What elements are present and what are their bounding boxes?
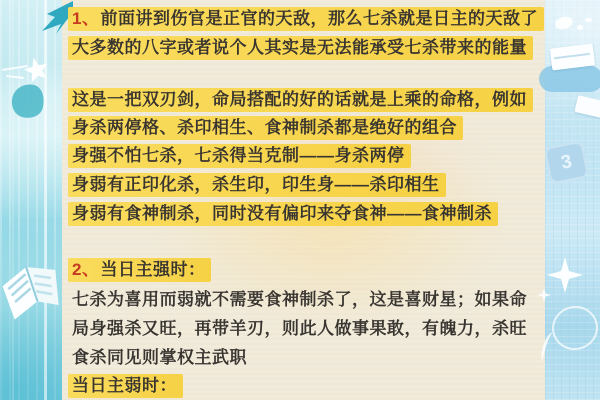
line-text: 局身强杀又旺，再带羊刃，则此人做事果敢，有魄力，杀旺 <box>72 319 527 338</box>
tape-band <box>539 66 600 92</box>
text-line: 身弱有食神制杀，同时没有偏印来夺食神——食神制杀 <box>68 202 498 225</box>
left-tape-border <box>0 0 62 400</box>
circle-doodle <box>548 302 600 355</box>
line-text: 前面讲到伤官是正官的天敌，那么七杀就是日主的天敌了 <box>100 9 538 28</box>
text-line: 食杀同见则掌权主武职 <box>68 346 253 369</box>
text-line: 身杀两停格、杀印相生、食神制杀都是绝好的组合 <box>68 116 463 139</box>
line-text: 七杀为喜用而弱就不需要食神制杀了，这是喜财星；如果命 <box>72 290 527 309</box>
text-line: 当日主弱时： <box>68 374 183 397</box>
star-ray <box>6 75 24 78</box>
paper-scrap <box>577 25 583 30</box>
line-text: 身弱有正印化杀，杀生印，印生身——杀印相生 <box>72 175 440 194</box>
line-text: 大多数的八字或者说个人其实是无法能承受七杀带来的能量 <box>72 38 527 57</box>
dice-number: 3 <box>559 151 574 175</box>
line-text: 这是一把双刃剑，命局搭配的好的话就是上乘的命格，例如 <box>72 90 527 109</box>
text-line: 七杀为喜用而弱就不需要食神制杀了，这是喜财星；如果命 <box>68 288 533 311</box>
paint-blob <box>8 81 47 122</box>
sparkle-star-icon <box>537 288 551 302</box>
text-line: 1、前面讲到伤官是正官的天敌，那么七杀就是日主的天敌了 <box>68 7 544 30</box>
line-text: 身弱有食神制杀，同时没有偏印来夺食神——食神制杀 <box>72 204 492 223</box>
text-line: 2、当日主强时： <box>68 258 211 281</box>
text-line: 大多数的八字或者说个人其实是无法能承受七杀带来的能量 <box>68 36 533 59</box>
text-line: 局身强杀又旺，再带羊刃，则此人做事果敢，有魄力，杀旺 <box>68 317 533 340</box>
line-text: 当日主弱时： <box>72 376 177 395</box>
line-text: 食杀同见则掌权主武职 <box>72 348 247 367</box>
list-number: 2、 <box>72 260 99 279</box>
line-text: 当日主强时： <box>100 260 205 279</box>
paper-scrap <box>554 15 575 31</box>
text-line: 这是一把双刃剑，命局搭配的好的话就是上乘的命格，例如 <box>68 88 533 111</box>
right-tape-border: 3 <box>545 0 600 400</box>
open-book-icon <box>0 254 71 326</box>
line-text: 身杀两停格、杀印相生、食神制杀都是绝好的组合 <box>72 118 457 137</box>
note-card: 3 1、前面讲到伤官是正官的天敌，那么七杀就是日主的天敌了 大多数的八字或者说个… <box>0 0 600 400</box>
text-line: 身弱有正印化杀，杀生印，印生身——杀印相生 <box>68 173 446 196</box>
dice-icon: 3 <box>544 141 589 185</box>
line-text: 身强不怕七杀，七杀得当克制——身杀两停 <box>72 146 405 165</box>
ticket-icon <box>574 95 600 118</box>
arc-doodle <box>539 331 558 363</box>
list-number: 1、 <box>72 9 99 28</box>
tape-streak <box>12 0 14 400</box>
paper-scrap <box>585 18 592 22</box>
star-icon <box>21 54 51 84</box>
sparkle-star-icon <box>547 257 583 293</box>
text-line: 身强不怕七杀，七杀得当克制——身杀两停 <box>68 144 411 167</box>
